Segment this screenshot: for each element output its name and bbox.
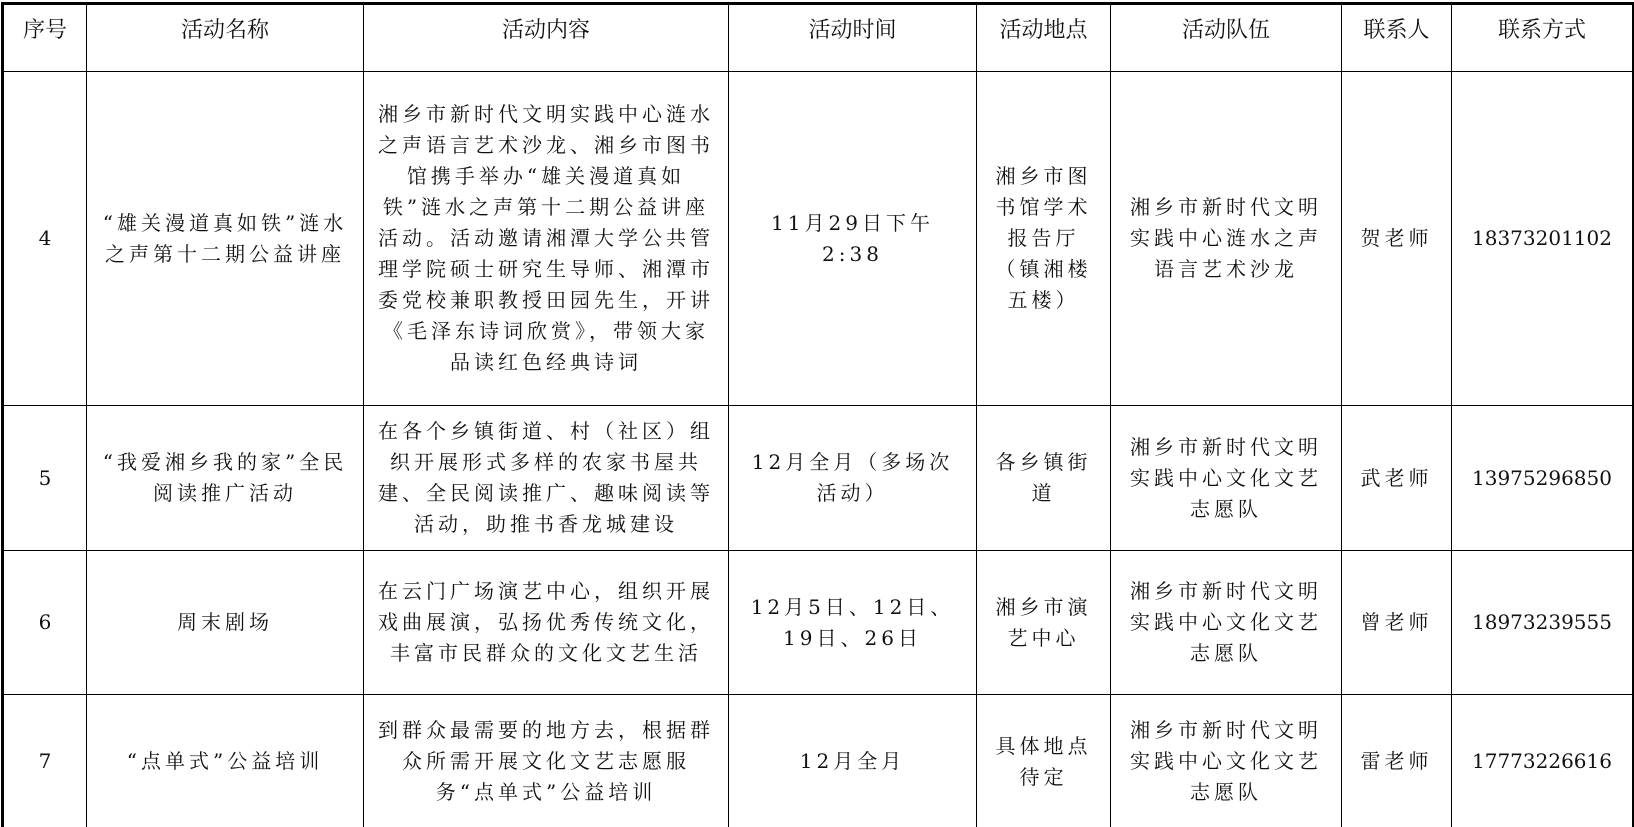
activity-content: 在云门广场演艺中心，组织开展戏曲展演，弘扬优秀传统文化，丰富市民群众的文化文艺生…	[364, 551, 729, 695]
contact-person: 武老师	[1342, 406, 1452, 551]
contact-phone: 13975296850	[1452, 406, 1634, 551]
header-activity-name: 活动名称	[87, 4, 364, 72]
activity-team: 湘乡市新时代文明实践中心涟水之声语言艺术沙龙	[1111, 72, 1342, 406]
activity-location: 具体地点待定	[977, 695, 1111, 827]
header-contact-phone: 联系方式	[1452, 4, 1634, 72]
activity-name: “雄关漫道真如铁”涟水之声第十二期公益讲座	[87, 72, 364, 406]
activity-content: 到群众最需要的地方去，根据群众所需开展文化文艺志愿服务“点单式”公益培训	[364, 695, 729, 827]
header-activity-content: 活动内容	[364, 4, 729, 72]
header-activity-team: 活动队伍	[1111, 4, 1342, 72]
activity-content: 湘乡市新时代文明实践中心涟水之声语言艺术沙龙、湘乡市图书馆携手举办“雄关漫道真如…	[364, 72, 729, 406]
row-index: 4	[3, 72, 87, 406]
activity-team: 湘乡市新时代文明实践中心文化文艺志愿队	[1111, 551, 1342, 695]
activity-content: 在各个乡镇街道、村（社区）组织开展形式多样的农家书屋共建、全民阅读推广、趣味阅读…	[364, 406, 729, 551]
header-activity-location: 活动地点	[977, 4, 1111, 72]
header-contact-person: 联系人	[1342, 4, 1452, 72]
table-row: 6 周末剧场 在云门广场演艺中心，组织开展戏曲展演，弘扬优秀传统文化，丰富市民群…	[3, 551, 1634, 695]
activity-name: “我爱湘乡我的家”全民阅读推广活动	[87, 406, 364, 551]
contact-phone: 18373201102	[1452, 72, 1634, 406]
activity-name: 周末剧场	[87, 551, 364, 695]
contact-phone: 18973239555	[1452, 551, 1634, 695]
activity-team: 湘乡市新时代文明实践中心文化文艺志愿队	[1111, 695, 1342, 827]
activity-time: 12月全月	[729, 695, 977, 827]
activity-time: 12月全月（多场次活动）	[729, 406, 977, 551]
table-row: 5 “我爱湘乡我的家”全民阅读推广活动 在各个乡镇街道、村（社区）组织开展形式多…	[3, 406, 1634, 551]
row-index: 6	[3, 551, 87, 695]
row-index: 5	[3, 406, 87, 551]
row-index: 7	[3, 695, 87, 827]
table-row: 4 “雄关漫道真如铁”涟水之声第十二期公益讲座 湘乡市新时代文明实践中心涟水之声…	[3, 72, 1634, 406]
header-index: 序号	[3, 4, 87, 72]
activity-schedule-table: 序号 活动名称 活动内容 活动时间 活动地点 活动队伍 联系人 联系方式 4 “…	[1, 2, 1634, 827]
activity-location: 各乡镇街道	[977, 406, 1111, 551]
contact-person: 雷老师	[1342, 695, 1452, 827]
activity-name: “点单式”公益培训	[87, 695, 364, 827]
header-row: 序号 活动名称 活动内容 活动时间 活动地点 活动队伍 联系人 联系方式	[3, 4, 1634, 72]
header-activity-time: 活动时间	[729, 4, 977, 72]
activity-team: 湘乡市新时代文明实践中心文化文艺志愿队	[1111, 406, 1342, 551]
table-row: 7 “点单式”公益培训 到群众最需要的地方去，根据群众所需开展文化文艺志愿服务“…	[3, 695, 1634, 827]
contact-phone: 17773226616	[1452, 695, 1634, 827]
activity-time: 12月5日、12日、19日、26日	[729, 551, 977, 695]
contact-person: 曾老师	[1342, 551, 1452, 695]
activity-location: 湘乡市演艺中心	[977, 551, 1111, 695]
activity-time: 11月29日下午2:38	[729, 72, 977, 406]
contact-person: 贺老师	[1342, 72, 1452, 406]
activity-location: 湘乡市图书馆学术报告厅（镇湘楼五楼）	[977, 72, 1111, 406]
